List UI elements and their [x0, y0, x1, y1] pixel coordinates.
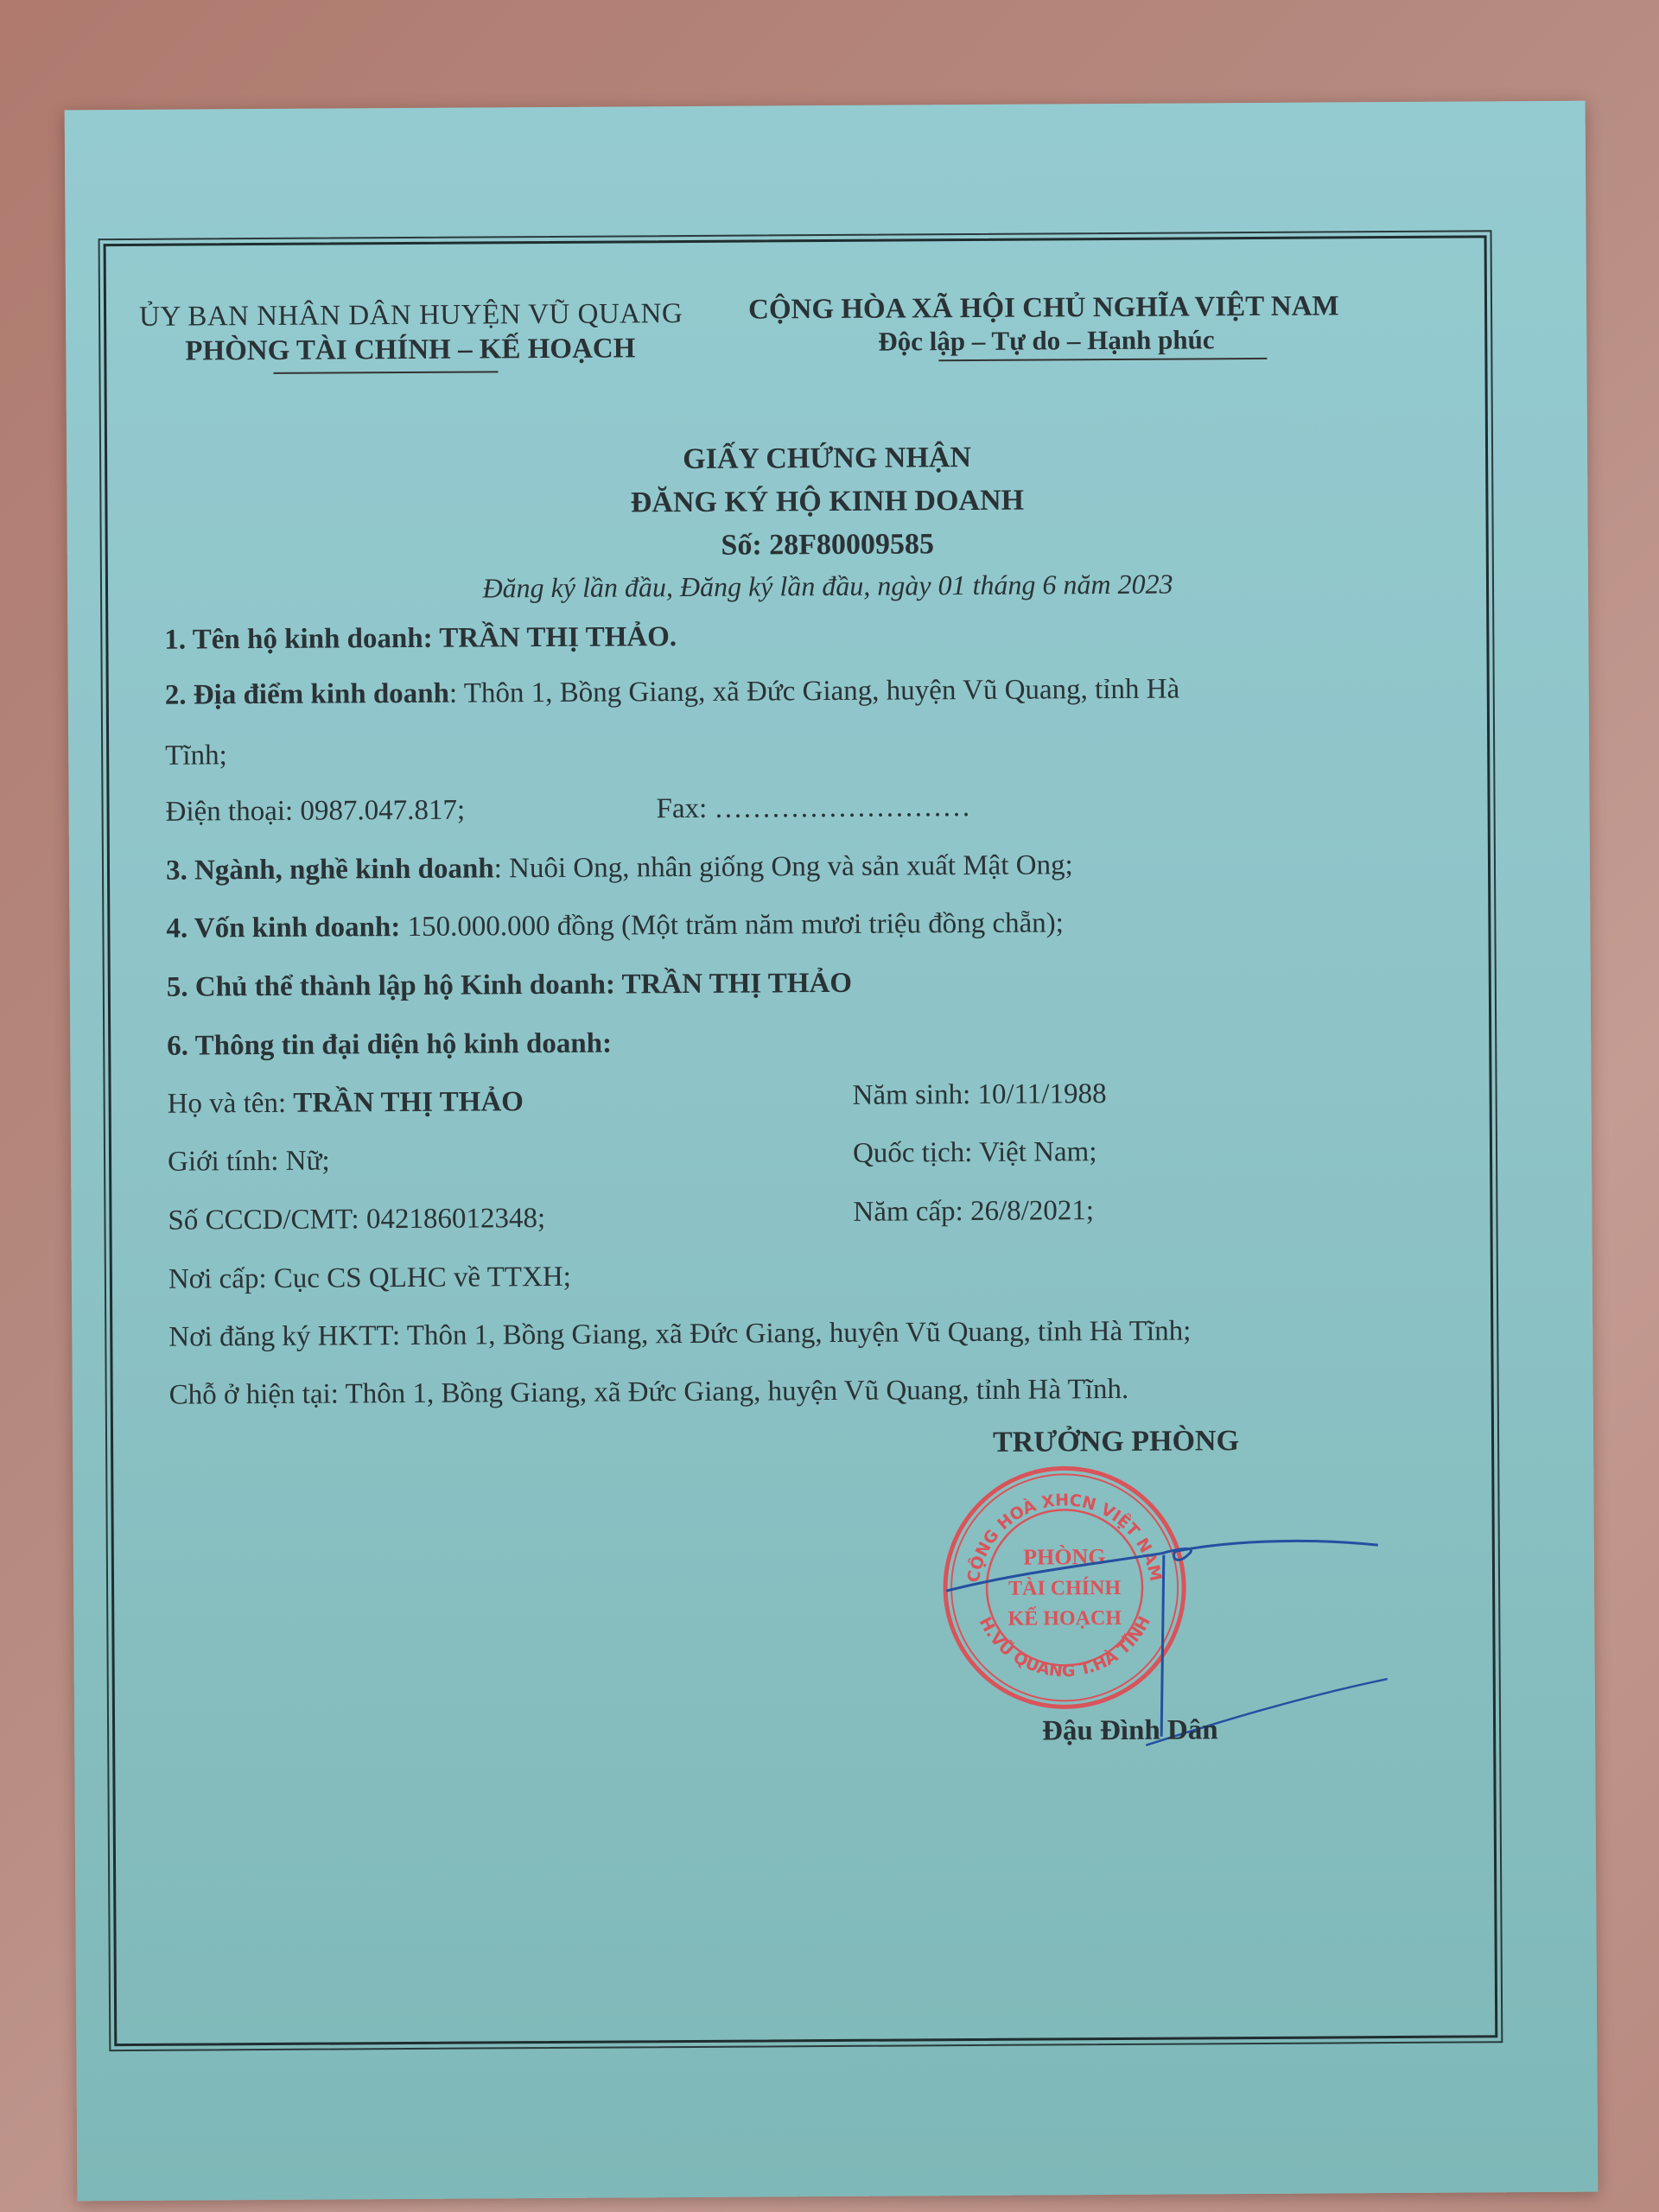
capital-row: 4. Vốn kinh doanh: 150.000.000 đồng (Một… [166, 907, 1064, 944]
rep-birth: Năm sinh: 10/11/1988 [852, 1078, 1106, 1112]
location-row: 2. Địa điểm kinh doanh: Thôn 1, Bồng Gia… [165, 674, 1180, 712]
rep-name: TRẦN THỊ THẢO [293, 1086, 524, 1119]
founder-row: 5. Chủ thể thành lập hộ Kinh doanh: TRẦN… [167, 968, 852, 1004]
capital-value: 150.000.000 đồng (Một trăm năm mươi triệ… [407, 907, 1064, 943]
rep-name-row: Họ và tên: TRẦN THỊ THẢO [168, 1086, 524, 1121]
rep-current-address: Chỗ ở hiện tại: Thôn 1, Bồng Giang, xã Đ… [169, 1374, 1129, 1412]
rep-nationality: Quốc tịch: Việt Nam; [853, 1136, 1097, 1170]
fax: Fax: ……………………… [656, 791, 970, 825]
national-title: CỘNG HÒA XÃ HỘI CHỦ NGHĨA VIỆT NAM [748, 290, 1339, 326]
rep-issue-date: Năm cấp: 26/8/2021; [853, 1195, 1094, 1229]
signer-title: TRƯỞNG PHÒNG [993, 1425, 1239, 1459]
rep-issue-place: Nơi cấp: Cục CS QLHC về TTXH; [168, 1262, 571, 1296]
certificate-paper: ỦY BAN NHÂN DÂN HUYỆN VŨ QUANG PHÒNG TÀI… [65, 101, 1599, 2202]
rep-permanent-address: Nơi đăng ký HKTT: Thôn 1, Bồng Giang, xã… [168, 1315, 1191, 1353]
rep-gender: Giới tính: Nữ; [168, 1146, 330, 1179]
phone: Điện thoại: 0987.047.817; [165, 795, 465, 829]
location-value: : Thôn 1, Bồng Giang, xã Đức Giang, huyệ… [449, 674, 1179, 709]
founder-value: : TRẦN THỊ THẢO [606, 968, 852, 1001]
representative-heading: 6. Thông tin đại diện hộ kinh doanh: [167, 1028, 612, 1063]
signer-name: Đậu Đình Dân [1042, 1714, 1218, 1747]
rep-id-number: Số CCCD/CMT: 042186012348; [168, 1203, 545, 1237]
location-cont: Tĩnh; [165, 740, 227, 772]
business-name: TRẦN THỊ THẢO. [439, 621, 677, 654]
national-motto: Độc lập – Tự do – Hạnh phúc [878, 324, 1215, 357]
issuing-authority: ỦY BAN NHÂN DÂN HUYỆN VŨ QUANG [139, 298, 683, 334]
industry-row: 3. Ngành, nghề kinh doanh: Nuôi Ong, nhâ… [166, 849, 1073, 887]
industry-value: : Nuôi Ong, nhân giống Ong và sản xuất M… [494, 849, 1073, 884]
business-name-row: 1. Tên hộ kinh doanh: TRẦN THỊ THẢO. [164, 621, 677, 657]
issuing-department: PHÒNG TÀI CHÍNH – KẾ HOẠCH [185, 333, 635, 367]
